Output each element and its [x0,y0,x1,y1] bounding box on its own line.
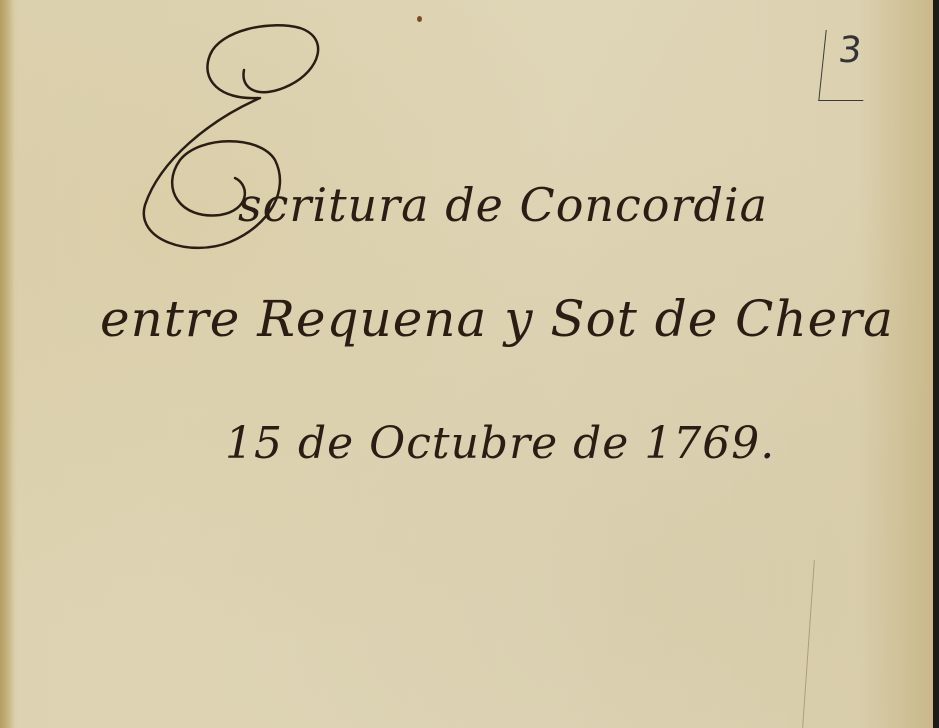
manuscript-page: scritura de Concordia entre Requena y So… [0,0,933,728]
ink-spot [417,16,422,22]
scan-background-edge [933,0,939,728]
paper-edge-left [0,0,14,728]
title-line-escritura: scritura de Concordia [238,178,768,232]
date-line: 15 de Octubre de 1769. [225,418,775,469]
folio-number: 3 [836,30,863,71]
paper-crease [802,560,815,728]
title-line-parties: entre Requena y Sot de Chera [100,290,894,348]
folio-mark: 3 [818,30,870,101]
